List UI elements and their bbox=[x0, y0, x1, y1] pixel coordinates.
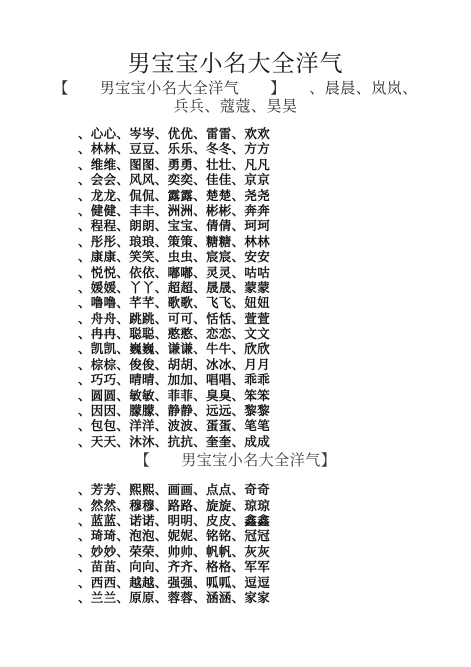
name-list-line: 、媛媛、丫丫、超超、晟晟、蒙蒙 bbox=[78, 281, 471, 296]
name-list-line: 、天天、沐沐、抗抗、奎奎、成成 bbox=[78, 435, 471, 450]
document-page: 男宝宝小名大全洋气 【 男宝宝小名大全洋气 】 、晨晨、岚岚、 兵兵、蔻蔻、昊昊… bbox=[0, 0, 471, 667]
name-list-line: 、兰兰、原原、蓉蓉、涵涵、家家 bbox=[78, 591, 471, 606]
name-list-line: 、舟舟、跳跳、可可、恬恬、萱萱 bbox=[78, 312, 471, 327]
name-list-line: 、芳芳、熙熙、画画、点点、奇奇 bbox=[78, 483, 471, 498]
subtitle-block: 【 男宝宝小名大全洋气 】 、晨晨、岚岚、 兵兵、蔻蔻、昊昊 bbox=[0, 80, 471, 116]
name-list-line: 、巧巧、晴晴、加加、唱唱、乖乖 bbox=[78, 373, 471, 388]
name-list-line: 、龙龙、侃侃、露露、楚楚、尧尧 bbox=[78, 189, 471, 204]
name-list-line: 、圆圆、敏敏、菲菲、臭臭、笨笨 bbox=[78, 389, 471, 404]
name-list-line: 、康康、笑笑、虫虫、宸宸、安安 bbox=[78, 250, 471, 265]
name-list-line: 、琦琦、泡泡、妮妮、铭铭、冠冠 bbox=[78, 529, 471, 544]
page-title: 男宝宝小名大全洋气 bbox=[0, 50, 471, 78]
name-list-line: 、彤彤、琅琅、策策、糖糖、林林 bbox=[78, 235, 471, 250]
name-list-line: 、林林、豆豆、乐乐、冬冬、方方 bbox=[78, 142, 471, 157]
name-list-line: 、噜噜、芊芊、歌歌、飞飞、妞妞 bbox=[78, 296, 471, 311]
name-list-line: 、会会、风风、奕奕、佳佳、京京 bbox=[78, 173, 471, 188]
name-list-line: 、棕棕、俊俊、胡胡、冰冰、月月 bbox=[78, 358, 471, 373]
name-list-line: 、妙妙、荣荣、帅帅、帆帆、灰灰 bbox=[78, 545, 471, 560]
name-list-line: 、悦悦、依依、嘟嘟、灵灵、咕咕 bbox=[78, 266, 471, 281]
name-list-line: 、健健、丰丰、洲洲、彬彬、奔奔 bbox=[78, 204, 471, 219]
subtitle-line-2: 兵兵、蔻蔻、昊昊 bbox=[0, 98, 471, 116]
name-list-line: 、蓝蓝、诺诺、明明、皮皮、鑫鑫 bbox=[78, 514, 471, 529]
name-list-line: 、心心、岑岑、优优、雷雷、欢欢 bbox=[78, 127, 471, 142]
name-list-line: 、西西、越越、强强、呱呱、逗逗 bbox=[78, 576, 471, 591]
name-list-line: 、因因、朦朦、静静、远远、黎黎 bbox=[78, 404, 471, 419]
section-header: 【 男宝宝小名大全洋气】 bbox=[0, 453, 471, 470]
name-list-line: 、冉冉、聪聪、憨憨、恋恋、文文 bbox=[78, 327, 471, 342]
subtitle-line-1: 【 男宝宝小名大全洋气 】 、晨晨、岚岚、 bbox=[0, 80, 471, 98]
name-list-section-2: 、芳芳、熙熙、画画、点点、奇奇 、然然、穆穆、路路、旋旋、琼琼 、蓝蓝、诺诺、明… bbox=[78, 483, 471, 606]
name-list-line: 、维维、图图、勇勇、壮壮、凡凡 bbox=[78, 158, 471, 173]
name-list-line: 、然然、穆穆、路路、旋旋、琼琼 bbox=[78, 499, 471, 514]
name-list-line: 、程程、朗朗、宝宝、倩倩、珂珂 bbox=[78, 219, 471, 234]
name-list-line: 、苗苗、向向、齐齐、格格、军军 bbox=[78, 560, 471, 575]
name-list-line: 、包包、洋洋、波波、蛋蛋、笔笔 bbox=[78, 419, 471, 434]
name-list-line: 、凯凯、巍巍、谦谦、牛牛、欣欣 bbox=[78, 342, 471, 357]
name-list-section-1: 、心心、岑岑、优优、雷雷、欢欢 、林林、豆豆、乐乐、冬冬、方方 、维维、图图、勇… bbox=[78, 127, 471, 450]
